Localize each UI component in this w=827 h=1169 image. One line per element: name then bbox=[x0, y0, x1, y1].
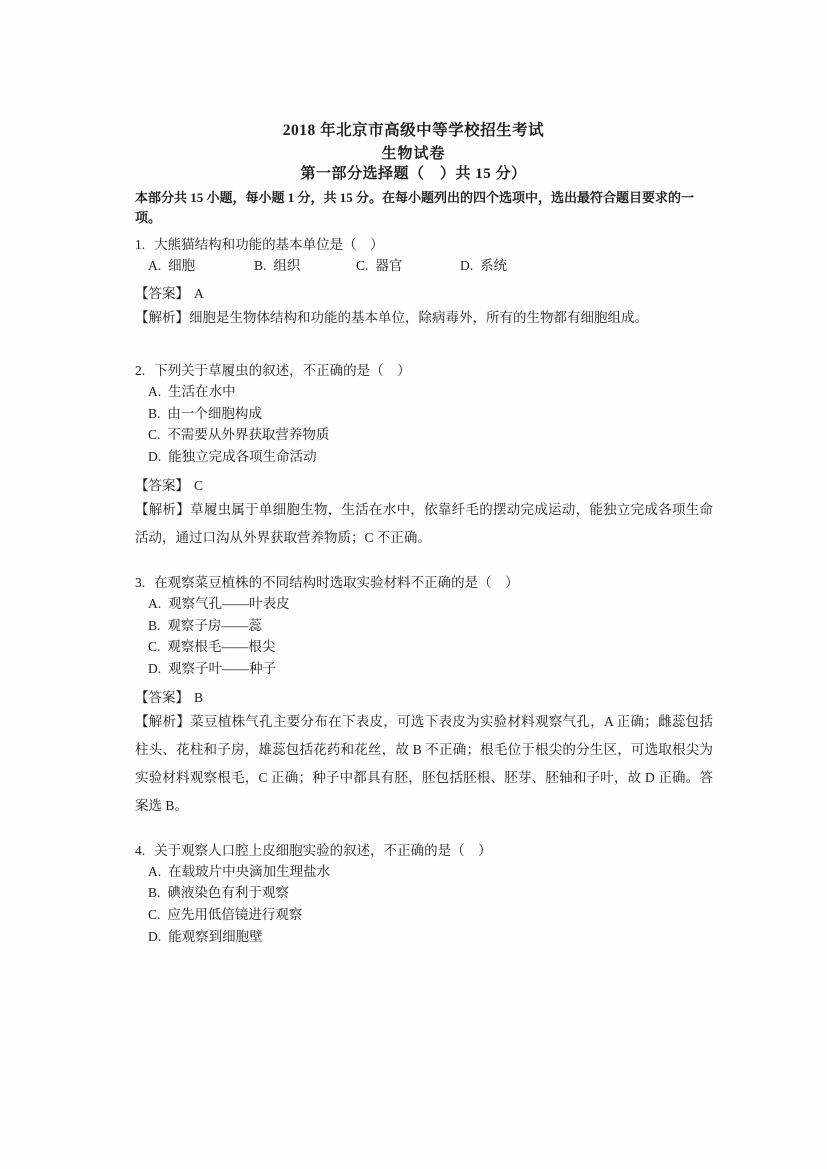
analysis-text: 菜豆植株气孔主要分布在下表皮，可选下表皮为实验材料观察气孔，A 正确；雌蕊包括柱… bbox=[135, 714, 713, 813]
section-instructions: 本部分共 15 小题，每小题 1 分，共 15 分。在每小题列出的四个选项中，选… bbox=[135, 188, 713, 228]
analysis-paragraph: 【解析】细胞是生物体结构和功能的基本单位，除病毒外，所有的生物都有细胞组成。 bbox=[135, 304, 713, 332]
option-text: 由一个细胞构成 bbox=[167, 406, 262, 421]
question-stem: 大熊猫结构和功能的基本单位是（ ） bbox=[154, 237, 384, 252]
answer-label: 【答案】 bbox=[135, 690, 189, 705]
option-b: B.碘液染色有利于观察 bbox=[148, 882, 713, 904]
question-4-stem-line: 4.关于观察人口腔上皮细胞实验的叙述，不正确的是（ ） bbox=[135, 840, 713, 861]
option-label: C. bbox=[356, 258, 368, 273]
option-text: 组织 bbox=[273, 258, 300, 273]
analysis-paragraph: 【解析】草履虫属于单细胞生物，生活在水中，依靠纤毛的摆动完成运动，能独立完成各项… bbox=[135, 496, 713, 552]
question-1: 1.大熊猫结构和功能的基本单位是（ ） A.细胞 B.组织 C.器官 D.系统 … bbox=[135, 234, 713, 332]
option-text: 碘液染色有利于观察 bbox=[167, 885, 289, 900]
question-3: 3.在观察菜豆植株的不同结构时选取实验材料不正确的是（ ） A.观察气孔——叶表… bbox=[135, 572, 713, 820]
option-text: 能观察到细胞壁 bbox=[168, 929, 263, 944]
question-3-stem-line: 3.在观察菜豆植株的不同结构时选取实验材料不正确的是（ ） bbox=[135, 572, 713, 593]
analysis-text: 草履虫属于单细胞生物，生活在水中，依靠纤毛的摆动完成运动，能独立完成各项生命活动… bbox=[135, 502, 713, 545]
option-label: A. bbox=[148, 258, 161, 273]
option-text: 器官 bbox=[375, 258, 402, 273]
option-text: 在载玻片中央滴加生理盐水 bbox=[168, 864, 330, 879]
option-label: A. bbox=[148, 384, 161, 399]
option-label: C. bbox=[148, 639, 160, 654]
option-text: 细胞 bbox=[168, 258, 195, 273]
option-label: D. bbox=[148, 449, 161, 464]
answer-line: 【答案】B bbox=[135, 687, 713, 708]
option-label: A. bbox=[148, 596, 161, 611]
option-text: 不需要从外界获取营养物质 bbox=[167, 427, 329, 442]
analysis-label: 【解析】 bbox=[135, 714, 190, 729]
exam-subject-title: 生物试卷 bbox=[0, 144, 827, 164]
option-c: C.不需要从外界获取营养物质 bbox=[148, 424, 713, 446]
question-stem: 下列关于草履虫的叙述，不正确的是（ ） bbox=[154, 363, 411, 378]
option-c: C.应先用低倍镜进行观察 bbox=[148, 904, 713, 926]
option-c: C.观察根毛——根尖 bbox=[148, 636, 713, 658]
question-number: 4. bbox=[135, 843, 145, 858]
exam-title: 2018 年北京市高级中等学校招生考试 bbox=[0, 118, 827, 144]
analysis-paragraph: 【解析】菜豆植株气孔主要分布在下表皮，可选下表皮为实验材料观察气孔，A 正确；雌… bbox=[135, 708, 713, 820]
option-a: A.细胞 bbox=[148, 255, 254, 276]
analysis-text: 细胞是生物体结构和功能的基本单位，除病毒外，所有的生物都有细胞组成。 bbox=[189, 310, 648, 325]
question-2: 2.下列关于草履虫的叙述，不正确的是（ ） A.生活在水中 B.由一个细胞构成 … bbox=[135, 360, 713, 552]
option-d: D.能独立完成各项生命活动 bbox=[148, 446, 713, 468]
option-b: B.组织 bbox=[254, 255, 356, 276]
question-1-options: A.细胞 B.组织 C.器官 D.系统 bbox=[135, 255, 713, 276]
answer-label: 【答案】 bbox=[135, 478, 189, 493]
option-c: C.器官 bbox=[356, 255, 460, 276]
option-text: 能独立完成各项生命活动 bbox=[168, 449, 317, 464]
answer-value: C bbox=[194, 478, 203, 493]
question-4-options: A.在载玻片中央滴加生理盐水 B.碘液染色有利于观察 C.应先用低倍镜进行观察 … bbox=[135, 861, 713, 948]
option-b: B.由一个细胞构成 bbox=[148, 403, 713, 425]
section-heading: 第一部分选择题（ ）共 15 分） bbox=[0, 164, 827, 184]
option-text: 观察子房——蕊 bbox=[167, 618, 262, 633]
option-label: B. bbox=[148, 406, 160, 421]
option-label: C. bbox=[148, 907, 160, 922]
option-label: B. bbox=[148, 885, 160, 900]
option-label: B. bbox=[148, 618, 160, 633]
option-text: 观察根毛——根尖 bbox=[167, 639, 275, 654]
option-label: C. bbox=[148, 427, 160, 442]
option-text: 生活在水中 bbox=[168, 384, 236, 399]
option-label: D. bbox=[460, 258, 473, 273]
option-d: D.观察子叶——种子 bbox=[148, 658, 713, 680]
question-2-stem-line: 2.下列关于草履虫的叙述，不正确的是（ ） bbox=[135, 360, 713, 381]
exam-document-page: 2018 年北京市高级中等学校招生考试 生物试卷 第一部分选择题（ ）共 15 … bbox=[0, 0, 827, 1169]
answer-line: 【答案】A bbox=[135, 283, 713, 304]
option-label: A. bbox=[148, 864, 161, 879]
option-text: 系统 bbox=[480, 258, 507, 273]
option-label: D. bbox=[148, 661, 161, 676]
option-b: B.观察子房——蕊 bbox=[148, 615, 713, 637]
question-number: 2. bbox=[135, 363, 145, 378]
answer-value: B bbox=[194, 690, 203, 705]
option-d: D.能观察到细胞壁 bbox=[148, 926, 713, 948]
option-label: B. bbox=[254, 258, 266, 273]
question-2-options: A.生活在水中 B.由一个细胞构成 C.不需要从外界获取营养物质 D.能独立完成… bbox=[135, 381, 713, 468]
option-a: A.观察气孔——叶表皮 bbox=[148, 593, 713, 615]
analysis-label: 【解析】 bbox=[135, 502, 190, 517]
questions-area: 1.大熊猫结构和功能的基本单位是（ ） A.细胞 B.组织 C.器官 D.系统 … bbox=[135, 234, 713, 947]
question-stem: 关于观察人口腔上皮细胞实验的叙述，不正确的是（ ） bbox=[154, 843, 492, 858]
option-a: A.在载玻片中央滴加生理盐水 bbox=[148, 861, 713, 883]
question-stem: 在观察菜豆植株的不同结构时选取实验材料不正确的是（ ） bbox=[154, 575, 519, 590]
option-d: D.系统 bbox=[460, 255, 507, 276]
question-1-stem-line: 1.大熊猫结构和功能的基本单位是（ ） bbox=[135, 234, 713, 255]
question-3-options: A.观察气孔——叶表皮 B.观察子房——蕊 C.观察根毛——根尖 D.观察子叶—… bbox=[135, 593, 713, 680]
option-text: 观察子叶——种子 bbox=[168, 661, 276, 676]
question-4: 4.关于观察人口腔上皮细胞实验的叙述，不正确的是（ ） A.在载玻片中央滴加生理… bbox=[135, 840, 713, 948]
analysis-label: 【解析】 bbox=[135, 310, 189, 325]
option-text: 观察气孔——叶表皮 bbox=[168, 596, 290, 611]
option-a: A.生活在水中 bbox=[148, 381, 713, 403]
document-header: 2018 年北京市高级中等学校招生考试 生物试卷 第一部分选择题（ ）共 15 … bbox=[0, 0, 827, 184]
option-label: D. bbox=[148, 929, 161, 944]
question-number: 3. bbox=[135, 575, 145, 590]
answer-label: 【答案】 bbox=[135, 286, 189, 301]
option-text: 应先用低倍镜进行观察 bbox=[167, 907, 302, 922]
answer-value: A bbox=[194, 286, 204, 301]
answer-line: 【答案】C bbox=[135, 475, 713, 496]
question-number: 1. bbox=[135, 237, 145, 252]
